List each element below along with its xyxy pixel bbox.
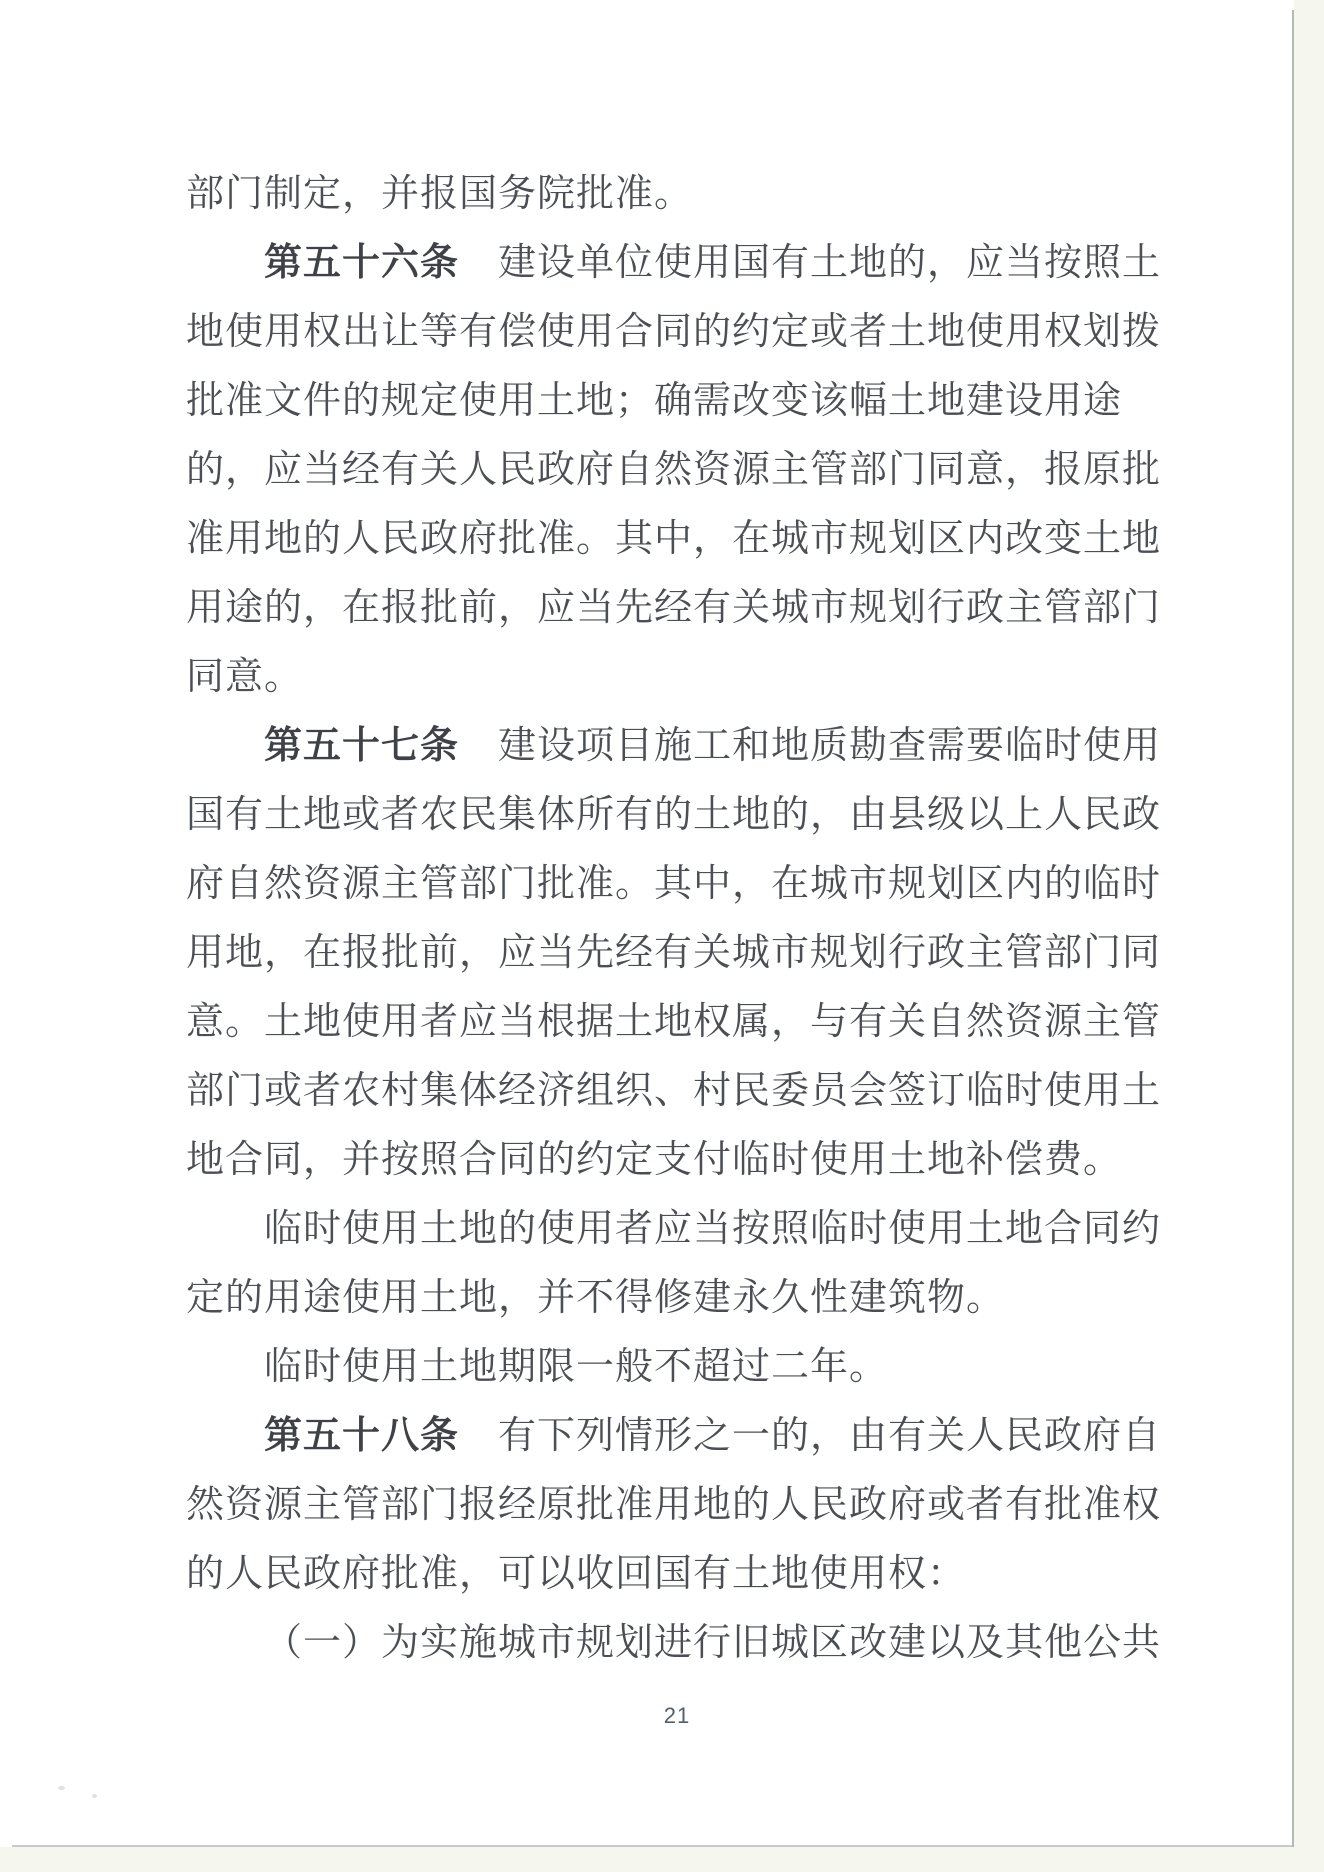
scan-page-edge-vertical xyxy=(1292,10,1294,1847)
text-segment: 建设单位使用国有土地的，应当按照土 xyxy=(459,242,1161,284)
scan-speck xyxy=(58,1786,65,1790)
text-line: 准用地的人民政府批准。其中，在城市规划区内改变土地 xyxy=(186,505,1168,574)
text-line: 的，应当经有关人民政府自然资源主管部门同意，报原批 xyxy=(186,436,1168,505)
text-line: 地合同，并按照合同的约定支付临时使用土地补偿费。 xyxy=(186,1126,1168,1195)
text-segment: 批准文件的规定使用土地；确需改变该幅土地建设用途 xyxy=(186,380,1122,422)
text-line: 意。土地使用者应当根据土地权属，与有关自然资源主管 xyxy=(186,988,1168,1057)
text-segment: 同意。 xyxy=(186,656,303,698)
text-line: 批准文件的规定使用土地；确需改变该幅土地建设用途 xyxy=(186,367,1168,436)
scan-right-margin xyxy=(1294,0,1324,1872)
text-segment: 国有土地或者农民集体所有的土地的，由县级以上人民政 xyxy=(186,794,1161,836)
text-line: 第五十七条 建设项目施工和地质勘查需要临时使用 xyxy=(186,712,1168,781)
text-segment: 意。土地使用者应当根据土地权属，与有关自然资源主管 xyxy=(186,1001,1161,1043)
text-segment: 的，应当经有关人民政府自然资源主管部门同意，报原批 xyxy=(186,449,1161,491)
text-line: 临时使用土地的使用者应当按照临时使用土地合同约 xyxy=(186,1195,1168,1264)
text-segment: （一）为实施城市规划进行旧城区改建以及其他公共 xyxy=(264,1622,1161,1664)
text-line: 的人民政府批准，可以收回国有土地使用权： xyxy=(186,1540,1168,1609)
document-text-block: 部门制定，并报国务院批准。第五十六条 建设单位使用国有土地的，应当按照土地使用权… xyxy=(186,160,1168,1678)
text-line: 第五十八条 有下列情形之一的，由有关人民政府自 xyxy=(186,1402,1168,1471)
text-line: 同意。 xyxy=(186,643,1168,712)
text-segment: 准用地的人民政府批准。其中，在城市规划区内改变土地 xyxy=(186,518,1161,560)
text-line: 地使用权出让等有偿使用合同的约定或者土地使用权划拨 xyxy=(186,298,1168,367)
text-segment: 用地，在报批前，应当先经有关城市规划行政主管部门同 xyxy=(186,932,1161,974)
text-line: 第五十六条 建设单位使用国有土地的，应当按照土 xyxy=(186,229,1168,298)
text-line: 定的用途使用土地，并不得修建永久性建筑物。 xyxy=(186,1264,1168,1333)
text-segment: 然资源主管部门报经原批准用地的人民政府或者有批准权 xyxy=(186,1484,1161,1526)
text-line: 府自然资源主管部门批准。其中，在城市规划区内的临时 xyxy=(186,850,1168,919)
text-segment: 临时使用土地期限一般不超过二年。 xyxy=(264,1346,888,1388)
text-line: （一）为实施城市规划进行旧城区改建以及其他公共 xyxy=(186,1609,1168,1678)
text-segment: 临时使用土地的使用者应当按照临时使用土地合同约 xyxy=(264,1208,1161,1250)
text-segment: 用途的，在报批前，应当先经有关城市规划行政主管部门 xyxy=(186,587,1161,629)
text-segment: 部门或者农村集体经济组织、村民委员会签订临时使用土 xyxy=(186,1070,1161,1112)
scan-page-edge-horizontal xyxy=(12,1845,1293,1847)
text-segment: 的人民政府批准，可以收回国有土地使用权： xyxy=(186,1553,966,1595)
text-line: 然资源主管部门报经原批准用地的人民政府或者有批准权 xyxy=(186,1471,1168,1540)
text-segment: 部门制定，并报国务院批准。 xyxy=(186,173,693,215)
article-number: 第五十八条 xyxy=(264,1415,459,1457)
text-segment: 府自然资源主管部门批准。其中，在城市规划区内的临时 xyxy=(186,863,1161,905)
text-segment: 有下列情形之一的，由有关人民政府自 xyxy=(459,1415,1161,1457)
article-number: 第五十七条 xyxy=(264,725,459,767)
text-segment: 地合同，并按照合同的约定支付临时使用土地补偿费。 xyxy=(186,1139,1122,1181)
text-line: 用地，在报批前，应当先经有关城市规划行政主管部门同 xyxy=(186,919,1168,988)
text-line: 部门制定，并报国务院批准。 xyxy=(186,160,1168,229)
text-line: 部门或者农村集体经济组织、村民委员会签订临时使用土 xyxy=(186,1057,1168,1126)
text-segment: 定的用途使用土地，并不得修建永久性建筑物。 xyxy=(186,1277,1005,1319)
text-line: 用途的，在报批前，应当先经有关城市规划行政主管部门 xyxy=(186,574,1168,643)
text-line: 临时使用土地期限一般不超过二年。 xyxy=(186,1333,1168,1402)
text-segment: 建设项目施工和地质勘查需要临时使用 xyxy=(459,725,1161,767)
text-segment: 地使用权出让等有偿使用合同的约定或者土地使用权划拨 xyxy=(186,311,1161,353)
scan-speck xyxy=(92,1794,97,1798)
page-number: 21 xyxy=(186,1703,1168,1729)
scan-bottom-margin xyxy=(0,1847,1324,1872)
article-number: 第五十六条 xyxy=(264,242,459,284)
text-line: 国有土地或者农民集体所有的土地的，由县级以上人民政 xyxy=(186,781,1168,850)
